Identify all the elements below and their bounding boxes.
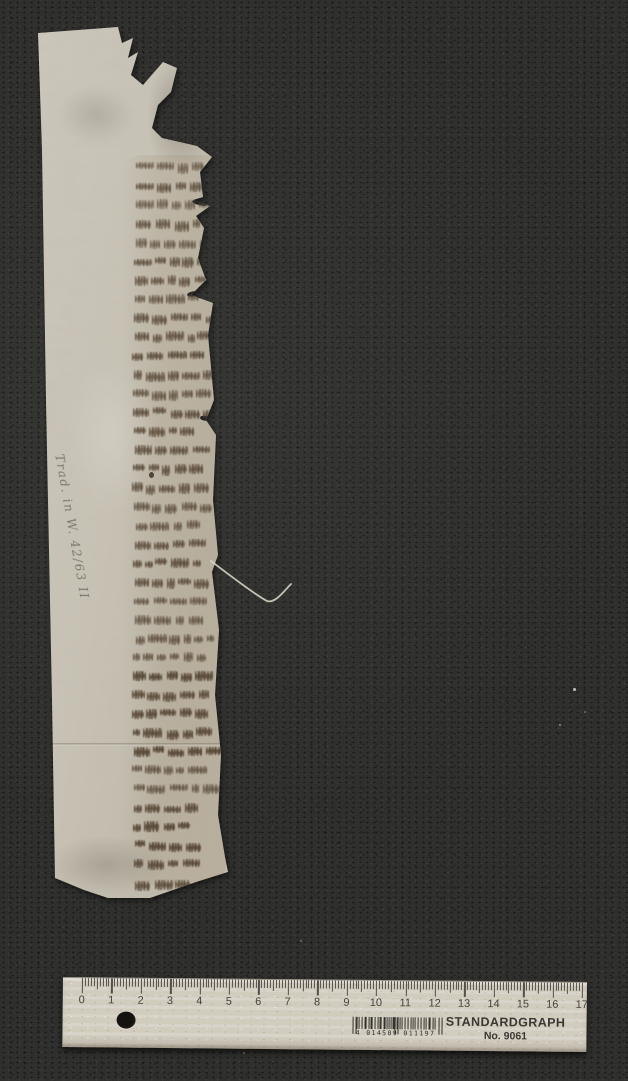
ruler-tick	[394, 981, 395, 989]
script-line	[132, 408, 222, 420]
script-word	[149, 427, 164, 437]
script-word	[170, 257, 180, 267]
ruler-tick	[220, 980, 221, 988]
script-word	[207, 635, 214, 642]
script-word	[176, 616, 184, 625]
script-word	[162, 465, 170, 475]
barcode-bar	[371, 1017, 374, 1029]
script-word	[149, 464, 158, 472]
ruler-tick	[82, 978, 84, 993]
ruler-tick	[411, 981, 412, 989]
script-word	[135, 578, 149, 588]
ruler-tick	[402, 981, 403, 989]
ruler-tick	[558, 983, 559, 991]
script-line	[132, 540, 222, 552]
ruler-tick	[152, 979, 153, 987]
barcode-bar	[358, 1017, 360, 1029]
ruler-tick	[350, 981, 351, 989]
ruler-tick	[270, 980, 271, 988]
script-word	[135, 295, 145, 303]
script-word	[193, 219, 200, 228]
barcode-bar	[401, 1017, 403, 1029]
script-word	[169, 390, 178, 400]
ruler-tick	[167, 979, 168, 987]
ruler-tick	[555, 983, 556, 991]
photo-backdrop: Trad. in W. 42/63 II 0123456789101112131…	[0, 0, 628, 1081]
ruler-tick	[400, 981, 401, 989]
ruler-tick	[135, 979, 136, 987]
ruler-tick	[211, 979, 212, 987]
script-word	[197, 654, 206, 662]
ruler-tick	[214, 979, 215, 990]
ruler-tick	[464, 982, 466, 997]
ruler-tick	[88, 978, 89, 986]
ruler-number: 16	[540, 999, 564, 1011]
script-word	[135, 332, 149, 341]
ruler-tick	[550, 983, 551, 991]
ruler-tick	[352, 981, 353, 989]
script-word	[186, 843, 201, 852]
script-word	[180, 691, 195, 698]
ruler-tick	[282, 980, 283, 988]
script-word	[135, 276, 148, 286]
barcode-bar	[424, 1017, 425, 1029]
ruler-tick	[532, 983, 533, 991]
script-word	[193, 446, 210, 453]
barcode-bar	[374, 1017, 375, 1029]
ruler-tick	[217, 979, 218, 987]
ruler-tick	[264, 980, 265, 988]
script-line	[132, 220, 222, 232]
script-word	[199, 200, 216, 209]
script-word	[136, 523, 148, 531]
ruler-tick	[517, 982, 518, 990]
ruler-tick	[244, 980, 245, 991]
ruler-tick	[182, 979, 183, 987]
ruler-tick	[173, 979, 174, 987]
ruler-tick	[438, 982, 439, 990]
ruler-tick	[132, 979, 133, 987]
script-line	[132, 295, 222, 307]
script-word	[136, 183, 154, 191]
ruler-tick	[538, 983, 539, 994]
script-word	[203, 784, 219, 794]
ruler-number: 2	[129, 995, 153, 1007]
ruler-tick	[179, 979, 180, 987]
ruler-tick	[300, 980, 301, 988]
ruler-tick	[273, 980, 274, 991]
script-word	[135, 840, 144, 847]
script-word	[180, 427, 193, 436]
script-word	[171, 410, 183, 420]
script-word	[134, 784, 145, 791]
script-word	[154, 616, 171, 625]
barcode-bar	[418, 1017, 419, 1029]
script-word	[133, 729, 140, 737]
script-word	[179, 483, 190, 493]
ruler-tick	[423, 981, 424, 989]
ruler-number: 11	[393, 997, 417, 1009]
ruler-tick	[188, 979, 189, 987]
ruler-tick	[320, 980, 321, 988]
script-line	[132, 483, 222, 495]
script-word	[136, 238, 147, 248]
script-word	[133, 464, 145, 471]
ruler-tick	[526, 982, 527, 990]
ruler-tick	[100, 978, 101, 986]
script-line	[132, 201, 222, 213]
ruler-number: 10	[364, 997, 388, 1009]
script-word	[145, 561, 153, 568]
ruler-tick	[252, 980, 253, 988]
script-word	[143, 728, 162, 738]
ruler-number: 4	[187, 995, 211, 1007]
script-word	[152, 315, 167, 324]
ruler-tick	[150, 979, 151, 987]
script-line	[132, 785, 222, 797]
ruler-number: 6	[246, 996, 270, 1008]
barcode-bar	[412, 1017, 413, 1029]
script-word	[179, 240, 197, 249]
ruler-tick	[294, 980, 295, 988]
script-word	[168, 275, 176, 285]
ruler-tick	[144, 979, 145, 987]
script-word	[175, 464, 187, 474]
ruler-tick	[311, 980, 312, 988]
script-word	[167, 671, 178, 680]
ruler-tick	[470, 982, 471, 990]
script-word	[194, 579, 209, 588]
ruler-tick	[338, 981, 339, 989]
ruler-number: 13	[452, 998, 476, 1010]
barcode-bar	[426, 1017, 427, 1029]
ruler-tick	[485, 982, 486, 990]
barcode-bar	[399, 1017, 400, 1029]
barcode: 4 014509 011197	[345, 1017, 445, 1042]
script-line	[132, 823, 222, 835]
ruler-tick	[576, 983, 577, 991]
script-word	[135, 541, 152, 550]
ruler-tick	[108, 978, 109, 986]
ruler-tick	[441, 982, 442, 990]
script-word	[190, 182, 205, 192]
ruler-tick	[582, 983, 584, 998]
script-word	[182, 372, 200, 380]
script-word	[153, 334, 161, 343]
ruler-tick	[126, 979, 127, 990]
ruler-tick	[291, 980, 292, 988]
ruler-tick	[552, 983, 554, 998]
script-line	[132, 766, 222, 778]
script-word	[134, 747, 150, 757]
ruler-tick	[223, 980, 224, 988]
script-word	[136, 636, 145, 645]
script-word	[200, 504, 213, 514]
ruler-tick	[129, 979, 130, 987]
ruler-tick	[500, 982, 501, 990]
ruler-tick	[335, 981, 336, 989]
dust-speck	[243, 1052, 245, 1054]
script-word	[152, 391, 165, 401]
ruler-tick	[408, 981, 409, 989]
script-word	[152, 504, 161, 514]
ruler-tick	[420, 981, 421, 992]
ruler-tick	[388, 981, 389, 989]
ruler-tick	[170, 979, 172, 994]
script-word	[196, 727, 212, 736]
script-word	[146, 372, 164, 382]
script-word	[190, 597, 207, 604]
script-word	[151, 277, 164, 284]
ruler-tick	[326, 981, 327, 989]
ruler-tick	[367, 981, 368, 989]
ruler-tick	[247, 980, 248, 988]
script-word	[178, 578, 191, 585]
script-word	[188, 334, 195, 342]
script-word	[170, 598, 187, 605]
ruler-number: 7	[276, 996, 300, 1008]
ruler-tick	[514, 982, 515, 990]
script-word	[206, 747, 220, 755]
ruler-tick	[235, 980, 236, 988]
ruler-tick	[226, 980, 227, 988]
script-word	[206, 316, 218, 324]
ruler-tick	[508, 982, 509, 993]
script-word	[149, 673, 162, 680]
script-word	[169, 427, 177, 434]
ruler-tick	[467, 982, 468, 990]
barcode-bar	[432, 1018, 433, 1030]
script-word	[133, 560, 143, 568]
script-word	[153, 746, 164, 753]
script-word	[145, 804, 160, 813]
script-word	[178, 163, 189, 173]
barcode-bar	[389, 1017, 390, 1029]
script-word	[149, 295, 163, 305]
script-word	[164, 806, 181, 813]
script-line	[132, 860, 222, 872]
ruler-tick	[547, 983, 548, 991]
script-word	[136, 200, 155, 209]
ruler-tick	[147, 979, 148, 987]
script-word	[155, 558, 167, 566]
script-word	[132, 353, 143, 361]
ruler-tick	[376, 981, 378, 996]
ruler-tick	[479, 982, 480, 993]
ruler-tick	[232, 980, 233, 988]
script-word	[136, 162, 155, 169]
ruler-tick	[473, 982, 474, 990]
script-word	[157, 654, 165, 661]
brand-label: STANDARDGRAPH	[436, 1015, 576, 1030]
barcode-bar	[428, 1018, 431, 1030]
ruler-tick	[429, 982, 430, 990]
script-word	[150, 522, 169, 531]
script-line	[132, 521, 222, 533]
ruler-tick	[185, 979, 186, 990]
barcode-bar	[407, 1017, 409, 1029]
script-word	[154, 597, 168, 604]
ruler-tick	[114, 978, 115, 986]
script-word	[169, 635, 180, 645]
script-word	[176, 182, 187, 190]
script-word	[167, 730, 179, 740]
script-line	[132, 182, 222, 194]
ruler-tick	[123, 979, 124, 987]
ruler-tick	[199, 979, 201, 994]
ruler-tick	[541, 983, 542, 991]
script-word	[149, 842, 166, 851]
ruler-tick	[279, 980, 280, 988]
script-word	[134, 598, 150, 606]
ruler-tick	[241, 980, 242, 988]
script-word	[136, 220, 152, 229]
ruler-tick	[458, 982, 459, 990]
ruler-number: 15	[511, 998, 535, 1010]
ruler-tick	[305, 980, 306, 988]
script-word	[176, 767, 184, 775]
script-line	[132, 370, 222, 382]
script-line	[132, 653, 222, 665]
script-line	[132, 842, 222, 854]
script-word	[163, 692, 176, 702]
script-word	[194, 483, 209, 493]
script-word	[188, 293, 200, 301]
ruler-number: 17	[570, 999, 594, 1011]
dust-speck	[573, 688, 576, 691]
ruler-tick	[444, 982, 445, 990]
script-line	[132, 691, 222, 703]
script-word	[170, 653, 179, 660]
script-word	[146, 709, 157, 718]
script-word	[148, 860, 165, 870]
ruler-tick	[373, 981, 374, 989]
ruler-tick	[452, 982, 453, 990]
ruler-tick	[314, 980, 315, 988]
fold-crease	[40, 743, 226, 746]
script-word	[133, 389, 149, 398]
script-word	[197, 258, 211, 267]
ruler-tick	[370, 981, 371, 989]
ruler-tick	[238, 980, 239, 988]
script-word	[168, 371, 179, 380]
ruler-tick	[332, 981, 333, 992]
ruler-tick	[494, 982, 496, 997]
script-word	[134, 805, 142, 813]
script-line	[132, 804, 222, 816]
script-line	[132, 729, 222, 741]
script-word	[166, 331, 184, 340]
script-word	[187, 520, 200, 529]
ruler-tick	[323, 980, 324, 988]
script-word	[168, 860, 179, 868]
script-word	[175, 221, 189, 231]
ruler-tick	[579, 983, 580, 991]
script-word	[146, 485, 155, 495]
ruler-tick	[85, 978, 86, 986]
ruler-tick	[361, 981, 362, 992]
script-word	[155, 257, 165, 264]
script-word	[134, 502, 149, 511]
script-word	[184, 634, 191, 644]
ruler-tick	[461, 982, 462, 990]
script-line	[132, 257, 222, 269]
ruler-tick	[529, 982, 530, 990]
script-word	[148, 634, 166, 643]
ruler-tick	[261, 980, 262, 988]
script-word	[179, 277, 190, 287]
script-word	[134, 427, 146, 434]
script-word	[144, 821, 159, 831]
ruler-number: 14	[481, 998, 505, 1010]
script-word	[193, 560, 201, 567]
ruler-number: 5	[217, 995, 241, 1007]
ruler-tick	[258, 980, 260, 995]
script-line	[132, 352, 222, 364]
script-word	[180, 708, 192, 716]
script-word	[181, 673, 193, 682]
ruler-tick	[520, 982, 521, 990]
script-word	[183, 730, 193, 740]
script-line	[132, 502, 222, 514]
script-word	[135, 881, 149, 891]
script-word	[175, 880, 190, 889]
ruler-tick	[161, 979, 162, 987]
ruler-tick	[414, 981, 415, 989]
ruler-tick	[191, 979, 192, 987]
ruler-tick	[435, 982, 437, 997]
script-line	[132, 446, 222, 458]
script-line	[132, 389, 222, 401]
script-word	[183, 859, 200, 867]
ruler-tick	[544, 983, 545, 991]
ruler: 01234567891011121314151617 4 014509 0111…	[62, 977, 587, 1052]
script-word	[147, 692, 160, 700]
ruler-tick	[155, 979, 156, 990]
script-word	[133, 671, 146, 680]
script-word	[133, 408, 149, 417]
script-word	[189, 616, 203, 625]
ruler-tick	[455, 982, 456, 990]
script-line	[132, 238, 222, 250]
ruler-number: 0	[70, 994, 94, 1006]
barcode-bars	[346, 1017, 446, 1018]
ruler-tick	[385, 981, 386, 989]
script-word	[195, 709, 208, 719]
script-word	[157, 183, 171, 192]
script-line	[132, 163, 222, 175]
ruler-tick	[285, 980, 286, 988]
script-word	[155, 880, 173, 890]
script-word	[194, 636, 203, 643]
ruler-tick	[194, 979, 195, 987]
script-word	[143, 653, 153, 661]
script-word	[184, 652, 193, 662]
script-word	[166, 294, 185, 304]
script-word	[132, 690, 144, 699]
ruler-number: 9	[334, 997, 358, 1009]
ruler-tick	[208, 979, 209, 987]
ruler-tick	[176, 979, 177, 987]
ruler-tick	[355, 981, 356, 989]
ruler-tick	[120, 979, 121, 987]
ruler-tick	[567, 983, 568, 994]
ruler-number: 12	[423, 997, 447, 1009]
ruler-tick	[449, 982, 450, 993]
ruler-tick	[570, 983, 571, 991]
script-line	[132, 879, 222, 891]
script-word	[178, 822, 190, 830]
